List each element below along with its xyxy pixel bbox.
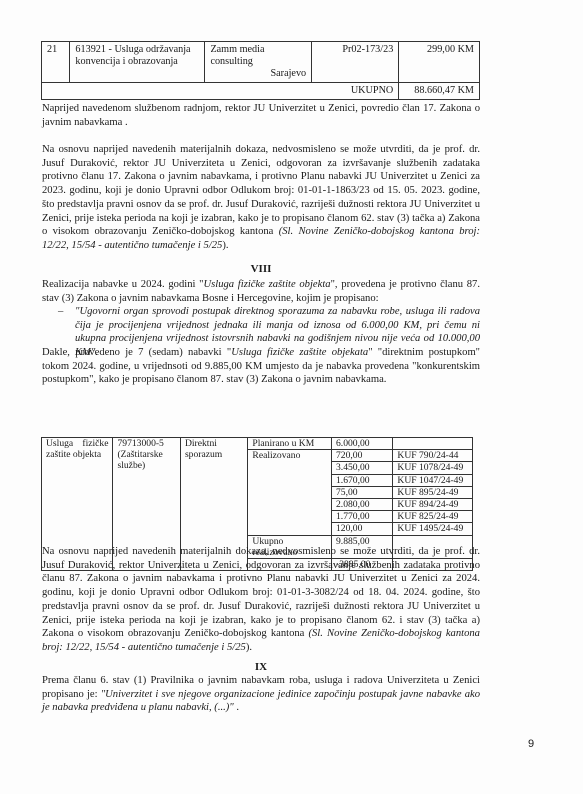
row-number: 21: [42, 42, 70, 83]
paragraph-end: ).: [222, 240, 228, 251]
page-number: 9: [528, 738, 534, 750]
realized-amount: 720,00: [332, 450, 393, 462]
total-value: 88.660,47 KM: [399, 83, 480, 100]
list-dash: –: [58, 305, 63, 319]
invoice-number: KUF 1495/24-49: [393, 523, 473, 535]
item-description: 613921 - Usluga održavanja konvencija i …: [70, 42, 205, 83]
supplier-name: Zamm media consulting: [210, 44, 264, 67]
realized-amount: 3.450,00: [332, 462, 393, 474]
invoice-number: KUF 895/24-49: [393, 486, 473, 498]
amount: 299,00 KM: [399, 42, 480, 83]
paragraph-text: Dakle, provedeno je 7 (sedam) nabavki ": [42, 347, 231, 358]
paragraph-end: .: [234, 702, 239, 713]
procurement-list-table: 21 613921 - Usluga održavanja konvencija…: [41, 41, 480, 100]
section-heading-viii: VIII: [42, 263, 480, 275]
planned-empty: [393, 438, 473, 450]
realized-amount: 1.670,00: [332, 474, 393, 486]
realized-amount: 120,00: [332, 523, 393, 535]
paragraph-text: Realizacija nabavke u 2024. godini ": [42, 279, 203, 290]
service-name: Usluga fizičke zaštite objekata: [231, 347, 368, 358]
table-row: 21 613921 - Usluga održavanja konvencija…: [42, 42, 480, 83]
invoice-number: KUF 894/24-49: [393, 499, 473, 511]
paragraph-text: Na osnovu naprijed navedenih materijalni…: [42, 546, 480, 639]
invoice-number: KUF 825/24-49: [393, 511, 473, 523]
planned-value: 6.000,00: [332, 438, 393, 450]
total-label: UKUPNO: [42, 83, 399, 100]
paragraph-realization: Realizacija nabavke u 2024. godini "Uslu…: [42, 278, 480, 305]
paragraph-conclusion-2024: Na osnovu naprijed navedenih materijalni…: [42, 545, 480, 655]
rulebook-quote: "Univerzitet i sve njegove organizacione…: [42, 689, 480, 714]
realized-amount: 75,00: [332, 486, 393, 498]
paragraph-text: Na osnovu naprijed navedenih materijalni…: [42, 144, 480, 237]
realized-amount: 1.770,00: [332, 511, 393, 523]
paragraph-rulebook: Prema članu 6. stav (1) Pravilnika o jav…: [42, 674, 480, 715]
invoice-number: KUF 1047/24-49: [393, 474, 473, 486]
planned-label: Planirano u KM: [248, 438, 332, 450]
paragraph-conclusion-2023: Na osnovu naprijed navedenih materijalni…: [42, 143, 480, 253]
realized-amount: 2.080,00: [332, 499, 393, 511]
paragraph-violation: Naprijed navedenom službenom radnjom, re…: [42, 102, 480, 129]
invoice-number: KUF 790/24-44: [393, 450, 473, 462]
total-row: UKUPNO 88.660,47 KM: [42, 83, 480, 100]
paragraph-end: ).: [246, 642, 252, 653]
supplier-city: Sarajevo: [210, 68, 306, 80]
service-name: Usluga fizičke zaštite objekta: [203, 279, 330, 290]
section-heading-ix: IX: [42, 661, 480, 673]
realized-label: Realizovano: [248, 450, 332, 535]
document-page: 21 613921 - Usluga održavanja konvencija…: [0, 0, 583, 794]
invoice-number: KUF 1078/24-49: [393, 462, 473, 474]
paragraph-summary: Dakle, provedeno je 7 (sedam) nabavki "U…: [42, 346, 480, 387]
reference-number: Pr02-173/23: [312, 42, 399, 83]
supplier: Zamm media consulting Sarajevo: [205, 42, 312, 83]
table-row: Usluga fizičke zaštite objekta 79713000-…: [42, 438, 473, 450]
